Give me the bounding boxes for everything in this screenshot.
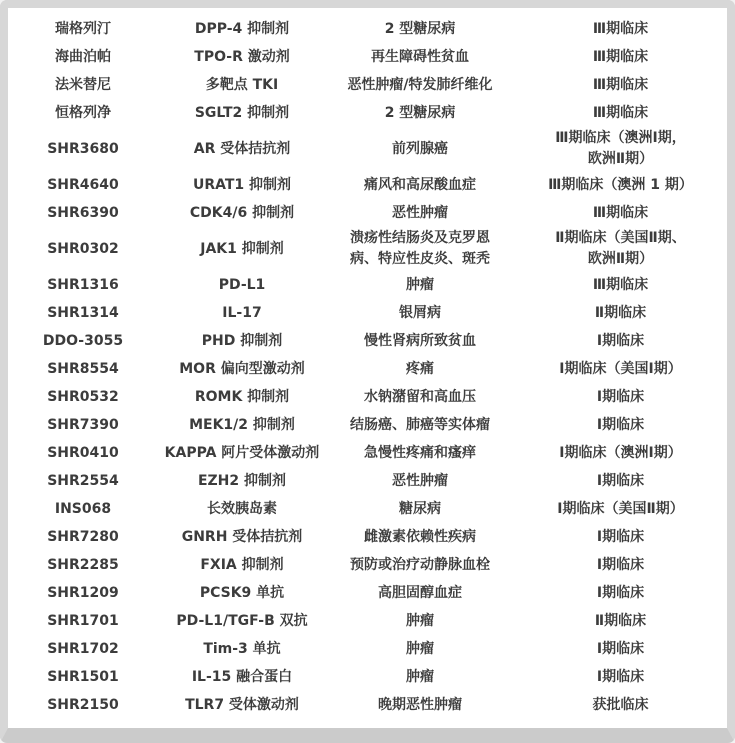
indication: 水钠潴留和高血压 xyxy=(326,386,514,409)
drug-name: INS068 xyxy=(8,498,158,521)
clinical-phase: Ⅲ期临床（澳洲 1 期） xyxy=(514,174,727,197)
mechanism: PCSK9 单抗 xyxy=(158,582,326,605)
indication: 银屑病 xyxy=(326,302,514,325)
mechanism: 多靶点 TKI xyxy=(158,74,326,97)
mechanism: GNRH 受体拮抗剂 xyxy=(158,526,326,549)
clinical-phase: Ⅱ期临床（美国Ⅱ期、 欧洲Ⅱ期） xyxy=(514,227,727,271)
clinical-phase: Ⅲ期临床 xyxy=(514,74,727,97)
table-row: 海曲泊帕TPO-R 激动剂再生障碍性贫血Ⅲ期临床 xyxy=(8,43,727,71)
mechanism: TPO-R 激动剂 xyxy=(158,46,326,69)
drug-name: SHR0410 xyxy=(8,442,158,465)
mechanism: PD-L1/TGF-B 双抗 xyxy=(158,610,326,633)
table-row: SHR1316PD-L1肿瘤Ⅲ期临床 xyxy=(8,271,727,299)
mechanism: SGLT2 抑制剂 xyxy=(158,102,326,125)
table-row: SHR0410KAPPA 阿片受体激动剂急慢性疼痛和瘙痒Ⅰ期临床（澳洲Ⅰ期） xyxy=(8,439,727,467)
drug-name: SHR4640 xyxy=(8,174,158,197)
table-row: SHR8554MOR 偏向型激动剂疼痛Ⅰ期临床（美国Ⅰ期） xyxy=(8,355,727,383)
drug-name: 法米替尼 xyxy=(8,74,158,97)
indication: 雌激素依赖性疾病 xyxy=(326,526,514,549)
drug-name: SHR1501 xyxy=(8,666,158,689)
drug-name: 瑞格列汀 xyxy=(8,18,158,41)
indication: 高胆固醇血症 xyxy=(326,582,514,605)
drug-name: SHR2285 xyxy=(8,554,158,577)
table-row: SHR3680AR 受体拮抗剂前列腺癌Ⅲ期临床（澳洲Ⅰ期， 欧洲Ⅱ期） xyxy=(8,127,727,171)
mechanism: Tim-3 单抗 xyxy=(158,638,326,661)
clinical-phase: 获批临床 xyxy=(514,694,727,717)
page-frame: 瑞格列汀DPP-4 抑制剂2 型糖尿病Ⅲ期临床海曲泊帕TPO-R 激动剂再生障碍… xyxy=(0,0,735,743)
drug-name: SHR1702 xyxy=(8,638,158,661)
mechanism: IL-17 xyxy=(158,302,326,325)
table-row: SHR1701PD-L1/TGF-B 双抗肿瘤Ⅱ期临床 xyxy=(8,607,727,635)
mechanism: ROMK 抑制剂 xyxy=(158,386,326,409)
indication: 肿瘤 xyxy=(326,610,514,633)
drug-name: SHR1209 xyxy=(8,582,158,605)
drug-name: 海曲泊帕 xyxy=(8,46,158,69)
indication: 晚期恶性肿瘤 xyxy=(326,694,514,717)
table-row: SHR2285FXIA 抑制剂预防或治疗动静脉血栓Ⅰ期临床 xyxy=(8,551,727,579)
drug-name: 恒格列净 xyxy=(8,102,158,125)
pipeline-table: 瑞格列汀DPP-4 抑制剂2 型糖尿病Ⅲ期临床海曲泊帕TPO-R 激动剂再生障碍… xyxy=(8,8,727,719)
mechanism: EZH2 抑制剂 xyxy=(158,470,326,493)
indication: 溃疡性结肠炎及克罗恩 病、特应性皮炎、斑秃 xyxy=(326,227,514,271)
mechanism: IL-15 融合蛋白 xyxy=(158,666,326,689)
drug-name: SHR1316 xyxy=(8,274,158,297)
mechanism: CDK4/6 抑制剂 xyxy=(158,202,326,225)
clinical-phase: Ⅰ期临床（美国Ⅱ期） xyxy=(514,498,727,521)
table-row: SHR0302JAK1 抑制剂溃疡性结肠炎及克罗恩 病、特应性皮炎、斑秃Ⅱ期临床… xyxy=(8,227,727,271)
clinical-phase: Ⅱ期临床 xyxy=(514,302,727,325)
clinical-phase: Ⅰ期临床 xyxy=(514,638,727,661)
mechanism: MEK1/2 抑制剂 xyxy=(158,414,326,437)
drug-name: SHR8554 xyxy=(8,358,158,381)
table-row: SHR2150TLR7 受体激动剂晚期恶性肿瘤获批临床 xyxy=(8,691,727,719)
drug-name: DDO-3055 xyxy=(8,330,158,353)
mechanism: MOR 偏向型激动剂 xyxy=(158,358,326,381)
table-row: SHR7390MEK1/2 抑制剂结肠癌、肺癌等实体瘤Ⅰ期临床 xyxy=(8,411,727,439)
indication: 再生障碍性贫血 xyxy=(326,46,514,69)
drug-name: SHR2554 xyxy=(8,470,158,493)
table-row: 恒格列净SGLT2 抑制剂2 型糖尿病Ⅲ期临床 xyxy=(8,99,727,127)
indication: 2 型糖尿病 xyxy=(326,102,514,125)
table-row: INS068长效胰岛素糖尿病Ⅰ期临床（美国Ⅱ期） xyxy=(8,495,727,523)
mechanism: PHD 抑制剂 xyxy=(158,330,326,353)
table-row: SHR1209PCSK9 单抗高胆固醇血症Ⅰ期临床 xyxy=(8,579,727,607)
indication: 2 型糖尿病 xyxy=(326,18,514,41)
clinical-phase: Ⅰ期临床 xyxy=(514,582,727,605)
table-row: DDO-3055PHD 抑制剂慢性肾病所致贫血Ⅰ期临床 xyxy=(8,327,727,355)
clinical-phase: Ⅱ期临床 xyxy=(514,610,727,633)
indication: 痛风和高尿酸血症 xyxy=(326,174,514,197)
table-row: SHR2554EZH2 抑制剂恶性肿瘤Ⅰ期临床 xyxy=(8,467,727,495)
clinical-phase: Ⅰ期临床 xyxy=(514,666,727,689)
drug-name: SHR3680 xyxy=(8,138,158,161)
table-row: SHR1702Tim-3 单抗肿瘤Ⅰ期临床 xyxy=(8,635,727,663)
indication: 预防或治疗动静脉血栓 xyxy=(326,554,514,577)
drug-name: SHR1701 xyxy=(8,610,158,633)
drug-name: SHR6390 xyxy=(8,202,158,225)
clinical-phase: Ⅰ期临床（澳洲Ⅰ期） xyxy=(514,442,727,465)
clinical-phase: Ⅰ期临床（美国Ⅰ期） xyxy=(514,358,727,381)
drug-name: SHR1314 xyxy=(8,302,158,325)
indication: 恶性肿瘤 xyxy=(326,202,514,225)
table-row: SHR4640URAT1 抑制剂痛风和高尿酸血症Ⅲ期临床（澳洲 1 期） xyxy=(8,171,727,199)
clinical-phase: Ⅲ期临床（澳洲Ⅰ期， 欧洲Ⅱ期） xyxy=(514,127,727,171)
mechanism: FXIA 抑制剂 xyxy=(158,554,326,577)
mechanism: TLR7 受体激动剂 xyxy=(158,694,326,717)
table-row: SHR1314IL-17银屑病Ⅱ期临床 xyxy=(8,299,727,327)
indication: 急慢性疼痛和瘙痒 xyxy=(326,442,514,465)
indication: 肿瘤 xyxy=(326,274,514,297)
mechanism: JAK1 抑制剂 xyxy=(158,238,326,261)
indication: 慢性肾病所致贫血 xyxy=(326,330,514,353)
drug-name: SHR2150 xyxy=(8,694,158,717)
clinical-phase: Ⅲ期临床 xyxy=(514,18,727,41)
clinical-phase: Ⅰ期临床 xyxy=(514,414,727,437)
table-row: SHR6390CDK4/6 抑制剂恶性肿瘤Ⅲ期临床 xyxy=(8,199,727,227)
mechanism: 长效胰岛素 xyxy=(158,498,326,521)
indication: 恶性肿瘤/特发肺纤维化 xyxy=(326,74,514,97)
indication: 疼痛 xyxy=(326,358,514,381)
table-row: 瑞格列汀DPP-4 抑制剂2 型糖尿病Ⅲ期临床 xyxy=(8,15,727,43)
clinical-phase: Ⅰ期临床 xyxy=(514,470,727,493)
indication: 结肠癌、肺癌等实体瘤 xyxy=(326,414,514,437)
clinical-phase: Ⅰ期临床 xyxy=(514,554,727,577)
clinical-phase: Ⅰ期临床 xyxy=(514,386,727,409)
mechanism: PD-L1 xyxy=(158,274,326,297)
clinical-phase: Ⅲ期临床 xyxy=(514,46,727,69)
table-row: 法米替尼多靶点 TKI恶性肿瘤/特发肺纤维化Ⅲ期临床 xyxy=(8,71,727,99)
indication: 恶性肿瘤 xyxy=(326,470,514,493)
drug-name: SHR7280 xyxy=(8,526,158,549)
mechanism: DPP-4 抑制剂 xyxy=(158,18,326,41)
clinical-phase: Ⅲ期临床 xyxy=(514,202,727,225)
indication: 肿瘤 xyxy=(326,638,514,661)
indication: 肿瘤 xyxy=(326,666,514,689)
table-row: SHR1501IL-15 融合蛋白肿瘤Ⅰ期临床 xyxy=(8,663,727,691)
drug-name: SHR7390 xyxy=(8,414,158,437)
clinical-phase: Ⅲ期临床 xyxy=(514,102,727,125)
drug-name: SHR0532 xyxy=(8,386,158,409)
mechanism: AR 受体拮抗剂 xyxy=(158,138,326,161)
table-row: SHR7280GNRH 受体拮抗剂雌激素依赖性疾病Ⅰ期临床 xyxy=(8,523,727,551)
clinical-phase: Ⅰ期临床 xyxy=(514,526,727,549)
mechanism: URAT1 抑制剂 xyxy=(158,174,326,197)
clinical-phase: Ⅲ期临床 xyxy=(514,274,727,297)
indication: 糖尿病 xyxy=(326,498,514,521)
clinical-phase: Ⅰ期临床 xyxy=(514,330,727,353)
drug-name: SHR0302 xyxy=(8,238,158,261)
mechanism: KAPPA 阿片受体激动剂 xyxy=(158,442,326,465)
table-row: SHR0532ROMK 抑制剂水钠潴留和高血压Ⅰ期临床 xyxy=(8,383,727,411)
indication: 前列腺癌 xyxy=(326,138,514,161)
